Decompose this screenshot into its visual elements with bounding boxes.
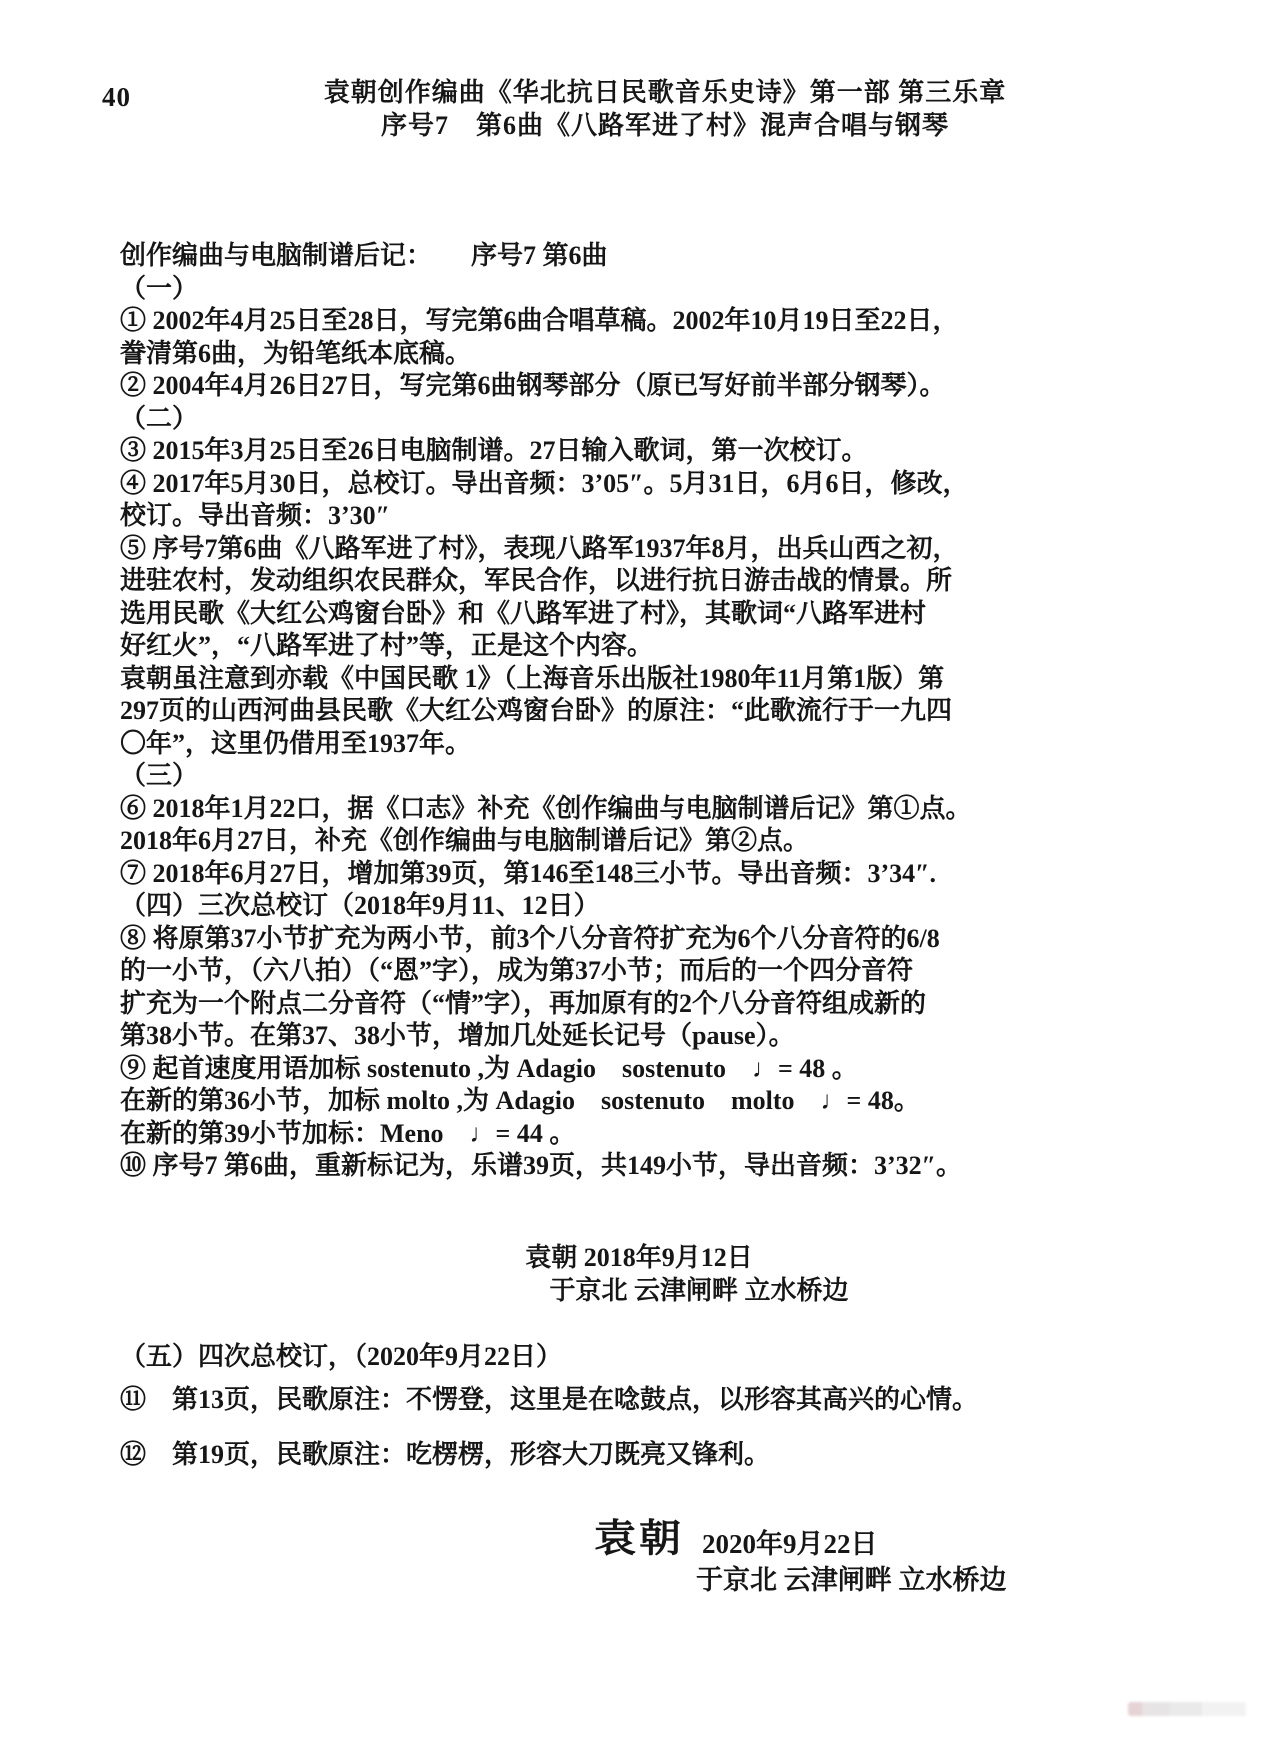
signature-2018-name-date: 袁朝 2018年9月12日 xyxy=(0,1241,1278,1274)
body-line: 校订。导出音频：3’30″ xyxy=(120,500,1170,533)
body-line: ⑥ 2018年1月22口，据《口志》补充《创作编曲与电脑制谱后记》第①点。 xyxy=(120,793,1170,826)
body-line: 誊清第6曲，为铅笔纸本底稿。 xyxy=(120,338,1170,371)
postscript-body: 创作编曲与电脑制谱后记： 序号7 第6曲（一）① 2002年4月25日至28日，… xyxy=(120,240,1170,1183)
body-line: ⑧ 将原第37小节扩充为两小节，前3个八分音符扩充为6个八分音符的6/8 xyxy=(120,923,1170,956)
body-line: 袁朝虽注意到亦载《中国民歌 1》（上海音乐出版社1980年11月第1版）第 xyxy=(120,663,1170,696)
body-line: （一） xyxy=(120,273,1170,306)
body-line: 第38小节。在第37、38小节，增加几处延长记号（pause）。 xyxy=(120,1020,1170,1053)
body-line: （三） xyxy=(120,760,1170,793)
signature-2020-block: 袁朝 2020年9月22日 xyxy=(594,1506,878,1566)
section-five-heading: （五）四次总校订，（2020年9月22日） xyxy=(120,1341,562,1373)
signature-2020-place: 于京北 云津闸畔 立水桥边 xyxy=(696,1558,1007,1597)
body-line: 进驻农村，发动组织农民群众，军民合作，以进行抗日游击战的情景。所 xyxy=(120,565,1170,598)
body-line: （四）三次总校订（2018年9月11、12日） xyxy=(120,890,1170,923)
body-line: 的一小节，（六八拍）（“恩”字），成为第37小节；而后的一个四分音符 xyxy=(120,955,1170,988)
body-line: ④ 2017年5月30日，总校订。导出音频：3’05″。5月31日，6月6日，修… xyxy=(120,468,1170,501)
body-line: 在新的第36小节，加标 molto ,为 Adagio sostenuto mo… xyxy=(120,1085,1170,1118)
signature-2018-place: 于京北 云津闸畔 立水桥边 xyxy=(60,1274,1278,1307)
body-line: ② 2004年4月26日27日，写完第6曲钢琴部分（原已写好前半部分钢琴）。 xyxy=(120,370,1170,403)
note-item-11: ⑪ 第13页，民歌原注：不愣登，这里是在唸鼓点，以形容其高兴的心情。 xyxy=(120,1384,978,1416)
body-line: 创作编曲与电脑制谱后记： 序号7 第6曲 xyxy=(120,240,1170,273)
signature-2018-block: 袁朝 2018年9月12日 于京北 云津闸畔 立水桥边 xyxy=(0,1241,1278,1307)
document-header: 袁朝创作编曲《华北抗日民歌音乐史诗》第一部 第三乐章 序号7 第6曲《八路军进了… xyxy=(165,76,1165,142)
header-line-2: 序号7 第6曲《八路军进了村》混声合唱与钢琴 xyxy=(165,109,1165,142)
note-item-12: ⑫ 第19页，民歌原注：吃楞楞，形容大刀既亮又锋利。 xyxy=(120,1439,770,1471)
body-line: ⑤ 序号7第6曲《八路军进了村》，表现八路军1937年8月，出兵山西之初， xyxy=(120,533,1170,566)
body-line: ⑩ 序号7 第6曲，重新标记为，乐谱39页，共149小节，导出音频：3’32″。 xyxy=(120,1150,1170,1183)
body-line: ⑦ 2018年6月27日，增加第39页，第146至148三小节。导出音频：3’3… xyxy=(120,858,1170,891)
body-line: （二） xyxy=(120,403,1170,436)
body-line: 2018年6月27日，补充《创作编曲与电脑制谱后记》第②点。 xyxy=(120,825,1170,858)
watermark xyxy=(1128,1702,1246,1716)
body-line: 扩充为一个附点二分音符（“情”字），再加原有的2个八分音符组成新的 xyxy=(120,988,1170,1021)
body-line: 在新的第39小节加标：Meno ♩= 44 。 xyxy=(120,1118,1170,1151)
signature-2020-calligraphy-name: 袁朝 xyxy=(594,1508,684,1563)
body-line: ③ 2015年3月25日至26日电脑制谱。27日输入歌词，第一次校订。 xyxy=(120,435,1170,468)
document-page: 40 袁朝创作编曲《华北抗日民歌音乐史诗》第一部 第三乐章 序号7 第6曲《八路… xyxy=(0,0,1278,1757)
body-line: 297页的山西河曲县民歌《大红公鸡窗台卧》的原注：“此歌流行于一九四 xyxy=(120,695,1170,728)
body-line: ① 2002年4月25日至28日，写完第6曲合唱草稿。2002年10月19日至2… xyxy=(120,305,1170,338)
body-line: 选用民歌《大红公鸡窗台卧》和《八路军进了村》，其歌词“八路军进村 xyxy=(120,598,1170,631)
page-number: 40 xyxy=(102,82,131,113)
header-line-1: 袁朝创作编曲《华北抗日民歌音乐史诗》第一部 第三乐章 xyxy=(165,76,1165,109)
body-line: 好红火”，“八路军进了村”等，正是这个内容。 xyxy=(120,630,1170,663)
body-line: 〇年”，这里仍借用至1937年。 xyxy=(120,728,1170,761)
body-line: ⑨ 起首速度用语加标 sostenuto ,为 Adagio sostenuto… xyxy=(120,1053,1170,1086)
signature-2020-date: 2020年9月22日 xyxy=(702,1522,878,1561)
